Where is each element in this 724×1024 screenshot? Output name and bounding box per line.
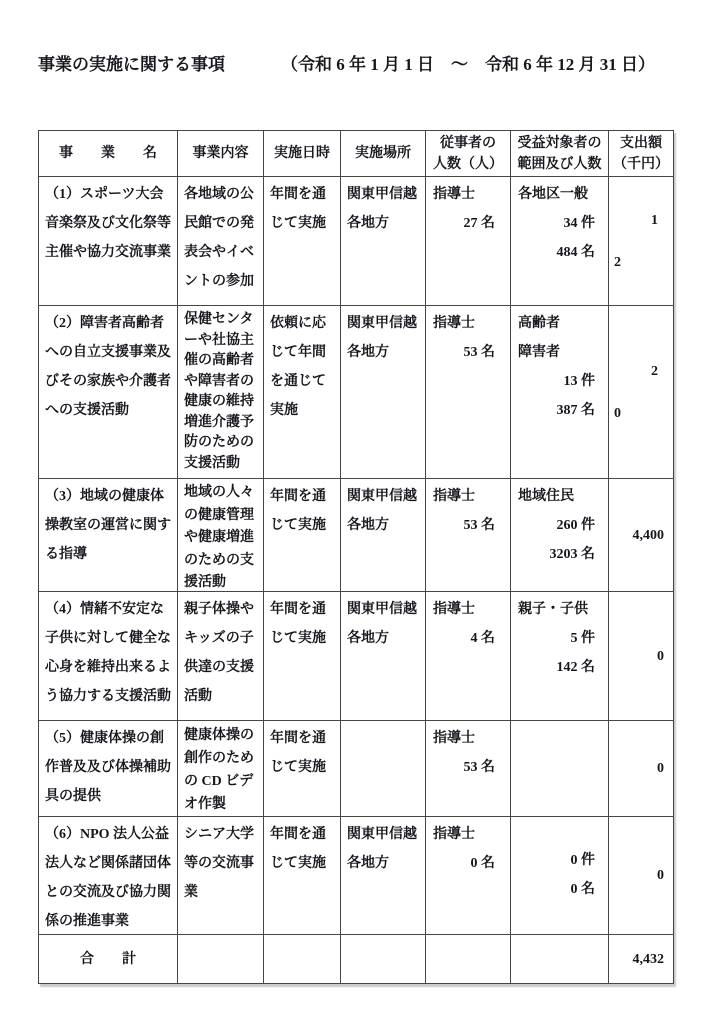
- projects-table: 事 業 名事業内容実施日時実施場所従事者の人数（人）受益対象者の範囲及び人数支出…: [38, 130, 674, 984]
- beneficiary-people: 0 名: [511, 875, 608, 904]
- total-empty-staff-cell: [426, 935, 511, 984]
- header-staff-count-cell: 従事者の人数（人）: [426, 131, 511, 177]
- staff-count: 0 名: [426, 849, 510, 878]
- header-line: （千円）: [613, 154, 669, 175]
- header-line: 人数（人）: [433, 154, 503, 175]
- place-cell: 関東甲信越各地方: [341, 479, 426, 592]
- expense-value: 0: [609, 754, 673, 783]
- beneficiary-label: 障害者: [511, 338, 608, 367]
- total-empty-schedule-cell: [264, 935, 341, 984]
- header-project-name-cell: 事 業 名: [39, 131, 178, 177]
- content-cell: 親子体操やキッズの子供達の支援活動: [178, 592, 264, 721]
- title-text: 事業の実施に関する事項: [38, 50, 225, 75]
- expense-cell: 0: [609, 721, 674, 817]
- total-empty-beneficiary-cell: [511, 935, 609, 984]
- staff-count: 53 名: [426, 753, 510, 782]
- header-line: 実施場所: [355, 143, 411, 164]
- beneficiary-cell: [511, 721, 609, 817]
- staff-label: 指導士: [426, 724, 510, 753]
- staff-cell: 指導士0 名: [426, 817, 511, 935]
- schedule-cell: 年間を通じて実施: [264, 592, 341, 721]
- place-cell: 関東甲信越各地方: [341, 177, 426, 306]
- staff-label: 指導士: [426, 309, 510, 338]
- schedule-cell: 年間を通じて実施: [264, 479, 341, 592]
- table-row: （1）スポーツ大会音楽祭及び文化祭等主催や協力交流事業各地域の公民館での発表会や…: [39, 177, 674, 306]
- total-value-cell: 4,432: [609, 935, 674, 984]
- content-cell: 健康体操の創作のための CD ビデオ作製: [178, 721, 264, 817]
- title-period: （令和 6 年 1 月 1 日 ～ 令和 6 年 12 月 31 日）: [281, 50, 655, 75]
- expense-value: 4,400: [609, 521, 673, 550]
- content-cell: 保健センターや社協主催の高齢者や障害者の健康の維持増進介護予防のための支援活動: [178, 306, 264, 479]
- beneficiary-label: 高齢者: [511, 309, 608, 338]
- expense-value: 0: [609, 861, 673, 890]
- content-cell: 各地域の公民館での発表会やイベントの参加: [178, 177, 264, 306]
- staff-cell: 指導士53 名: [426, 306, 511, 479]
- beneficiary-cases: 34 件: [511, 209, 608, 238]
- beneficiary-cell: 地域住民260 件3203 名: [511, 479, 609, 592]
- expense-value-second-digit: 2: [609, 248, 673, 277]
- content-cell: シニア大学等の交流事業: [178, 817, 264, 935]
- expense-value-second-digit: 0: [609, 399, 673, 428]
- staff-label: 指導士: [426, 482, 510, 511]
- table-row: （4）情緒不安定な子供に対して健全な心身を維持出来るよう協力する支援活動親子体操…: [39, 592, 674, 721]
- project-name-cell: （1）スポーツ大会音楽祭及び文化祭等主催や協力交流事業: [39, 177, 178, 306]
- beneficiary-label: 地域住民: [511, 482, 608, 511]
- header-line: 受益対象者の: [518, 133, 602, 154]
- total-row: 合 計4,432: [39, 935, 674, 984]
- beneficiary-people: 484 名: [511, 238, 608, 267]
- expense-cell: 0: [609, 592, 674, 721]
- content-cell: 地域の人々の健康管理や健康増進のための支援活動: [178, 479, 264, 592]
- header-line: 従事者の: [440, 133, 496, 154]
- total-empty-content-cell: [178, 935, 264, 984]
- total-expense-value: 4,432: [609, 945, 673, 974]
- place-cell: [341, 721, 426, 817]
- place-cell: 関東甲信越各地方: [341, 817, 426, 935]
- project-name-cell: （3）地域の健康体操教室の運営に関する指導: [39, 479, 178, 592]
- header-line: 事 業 名: [59, 143, 157, 164]
- header-line: 範囲及び人数: [518, 154, 602, 175]
- header-content-cell: 事業内容: [178, 131, 264, 177]
- beneficiary-cell: 親子・子供5 件142 名: [511, 592, 609, 721]
- expense-cell: 4,400: [609, 479, 674, 592]
- beneficiary-people: 3203 名: [511, 540, 608, 569]
- staff-cell: 指導士53 名: [426, 721, 511, 817]
- expense-value-first-digit: 1: [609, 206, 673, 235]
- place-cell: 関東甲信越各地方: [341, 306, 426, 479]
- header-beneficiary-cell: 受益対象者の範囲及び人数: [511, 131, 609, 177]
- document-title: 事業の実施に関する事項 （令和 6 年 1 月 1 日 ～ 令和 6 年 12 …: [38, 50, 655, 75]
- staff-cell: 指導士4 名: [426, 592, 511, 721]
- header-row: 事 業 名事業内容実施日時実施場所従事者の人数（人）受益対象者の範囲及び人数支出…: [39, 131, 674, 177]
- project-name-cell: （2）障害者高齢者への自立支援事業及びその家族や介護者への支援活動: [39, 306, 178, 479]
- beneficiary-people: 142 名: [511, 653, 608, 682]
- expense-cell: 0: [609, 817, 674, 935]
- beneficiary-cases: 0 件: [511, 846, 608, 875]
- beneficiary-cell: 高齢者障害者13 件387 名: [511, 306, 609, 479]
- staff-count: 53 名: [426, 338, 510, 367]
- schedule-cell: 年間を通じて実施: [264, 817, 341, 935]
- project-name-cell: （5）健康体操の創作普及及び体操補助具の提供: [39, 721, 178, 817]
- header-expense-cell: 支出額（千円）: [609, 131, 674, 177]
- table-row: （5）健康体操の創作普及及び体操補助具の提供健康体操の創作のための CD ビデオ…: [39, 721, 674, 817]
- project-name-cell: （4）情緒不安定な子供に対して健全な心身を維持出来るよう協力する支援活動: [39, 592, 178, 721]
- table-row: （2）障害者高齢者への自立支援事業及びその家族や介護者への支援活動保健センターや…: [39, 306, 674, 479]
- beneficiary-people: 387 名: [511, 396, 608, 425]
- schedule-cell: 年間を通じて実施: [264, 721, 341, 817]
- staff-count: 27 名: [426, 209, 510, 238]
- schedule-cell: 年間を通じて実施: [264, 177, 341, 306]
- expense-cell: 20: [609, 306, 674, 479]
- staff-label: 指導士: [426, 180, 510, 209]
- expense-value: 0: [609, 642, 673, 671]
- schedule-cell: 依頼に応じて年間を通じて実施: [264, 306, 341, 479]
- header-line: 実施日時: [274, 143, 330, 164]
- total-label-cell: 合 計: [39, 935, 178, 984]
- expense-value-first-digit: 2: [609, 357, 673, 386]
- beneficiary-cases: 13 件: [511, 367, 608, 396]
- header-line: 事業内容: [193, 143, 249, 164]
- beneficiary-cell: 各地区一般34 件484 名: [511, 177, 609, 306]
- total-empty-place-cell: [341, 935, 426, 984]
- beneficiary-label: 親子・子供: [511, 595, 608, 624]
- beneficiary-cases: 5 件: [511, 624, 608, 653]
- beneficiary-cell: 0 件0 名: [511, 817, 609, 935]
- staff-cell: 指導士53 名: [426, 479, 511, 592]
- table-row: （3）地域の健康体操教室の運営に関する指導地域の人々の健康管理や健康増進のための…: [39, 479, 674, 592]
- beneficiary-label: 各地区一般: [511, 180, 608, 209]
- staff-label: 指導士: [426, 595, 510, 624]
- expense-cell: 12: [609, 177, 674, 306]
- staff-label: 指導士: [426, 820, 510, 849]
- place-cell: 関東甲信越各地方: [341, 592, 426, 721]
- header-line: 支出額: [620, 133, 662, 154]
- header-place-cell: 実施場所: [341, 131, 426, 177]
- staff-cell: 指導士27 名: [426, 177, 511, 306]
- staff-count: 4 名: [426, 624, 510, 653]
- staff-count: 53 名: [426, 511, 510, 540]
- project-name-cell: （6）NPO 法人公益法人など関係諸団体との交流及び協力関係の推進事業: [39, 817, 178, 935]
- header-schedule-cell: 実施日時: [264, 131, 341, 177]
- table-row: （6）NPO 法人公益法人など関係諸団体との交流及び協力関係の推進事業シニア大学…: [39, 817, 674, 935]
- beneficiary-cases: 260 件: [511, 511, 608, 540]
